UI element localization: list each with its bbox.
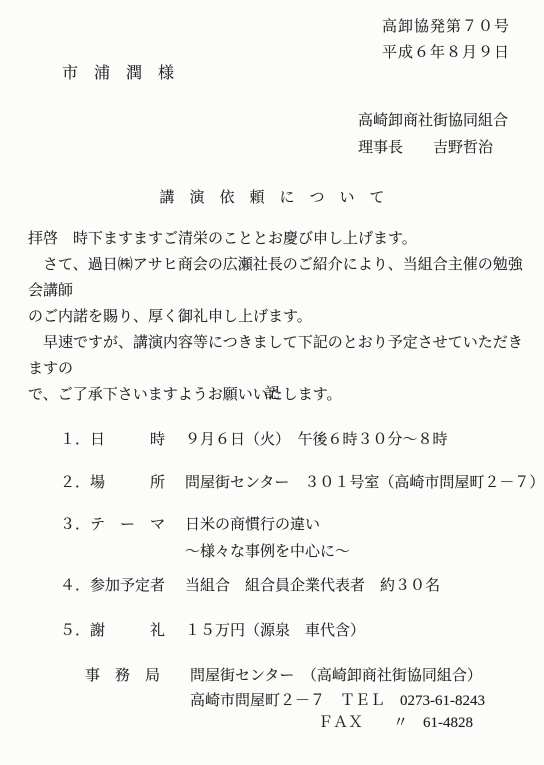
item-value: １５万円（源泉 車代含）	[185, 618, 365, 645]
item-value: 日米の商慣行の違い ～様々な事例を中心に～	[185, 512, 350, 566]
item-label: １．日 時	[60, 427, 185, 454]
secretariat-fax: ＦＡＸ 〃 61-4828	[318, 711, 473, 732]
scanned-letter-page: 高卸協発第７０号 平成６年８月９日 市 浦 潤 様 高崎卸商社街協同組合 理事長…	[0, 0, 544, 765]
secretariat-row: 事 務 局 問屋街センター （高崎卸商社街協同組合）	[85, 664, 482, 685]
sender-title-name: 理事長 吉野哲治	[358, 135, 508, 162]
list-item-date: １．日 時 ９月６日（火） 午後６時３０分～８時	[60, 427, 448, 454]
secretariat-label: 事 務 局	[85, 664, 190, 685]
document-number: 高卸協発第７０号	[382, 14, 510, 40]
item-value: 問屋街センター ３０１号室（高崎市問屋町２－７）	[185, 470, 544, 497]
item-label: ５．謝 礼	[60, 618, 185, 645]
item-value: ９月６日（火） 午後６時３０分～８時	[185, 427, 448, 454]
theme-line-2: ～様々な事例を中心に～	[185, 539, 350, 566]
secretariat-address-tel: 高崎市問屋町２－７ ＴＥＬ 0273-61-8243	[190, 689, 485, 710]
list-item-place: ２．場 所 問屋街センター ３０１号室（高崎市問屋町２－７）	[60, 470, 544, 497]
theme-line-1: 日米の商慣行の違い	[185, 512, 350, 539]
document-date: 平成６年８月９日	[382, 40, 510, 66]
list-item-theme: ３．テ ー マ 日米の商慣行の違い ～様々な事例を中心に～	[60, 512, 350, 566]
item-label: ３．テ ー マ	[60, 512, 185, 566]
body-line: 拝啓 時下ますますご清栄のこととお慶び申し上げます。	[28, 226, 524, 252]
item-label: ４．参加予定者	[60, 573, 185, 600]
item-value: 当組合 組合員企業代表者 約３０名	[185, 573, 440, 600]
sender-organization: 高崎卸商社街協同組合	[358, 108, 508, 135]
list-item-participants: ４．参加予定者 当組合 組合員企業代表者 約３０名	[60, 573, 440, 600]
document-title: 講 演 依 頼 に つ い て	[0, 186, 544, 207]
sender-block: 高崎卸商社街協同組合 理事長 吉野哲治	[358, 108, 508, 162]
body-line: さて、過日㈱アサヒ商会の広瀬社長のご紹介により、当組合主催の勉強会講師	[28, 252, 524, 304]
list-item-honorarium: ５．謝 礼 １５万円（源泉 車代含）	[60, 618, 365, 645]
addressee: 市 浦 潤 様	[62, 60, 174, 83]
body-line: 早速ですが、講演内容等につきまして下記のとおり予定させていただきますの	[28, 330, 524, 382]
body-text: 拝啓 時下ますますご清栄のこととお慶び申し上げます。 さて、過日㈱アサヒ商会の広…	[28, 226, 524, 408]
body-line: のご内諾を賜り、厚く御礼申し上げます。	[28, 304, 524, 330]
record-heading: 記	[0, 382, 544, 403]
document-meta: 高卸協発第７０号 平成６年８月９日	[382, 14, 510, 66]
secretariat-name: 問屋街センター （高崎卸商社街協同組合）	[190, 664, 482, 685]
item-label: ２．場 所	[60, 470, 185, 497]
